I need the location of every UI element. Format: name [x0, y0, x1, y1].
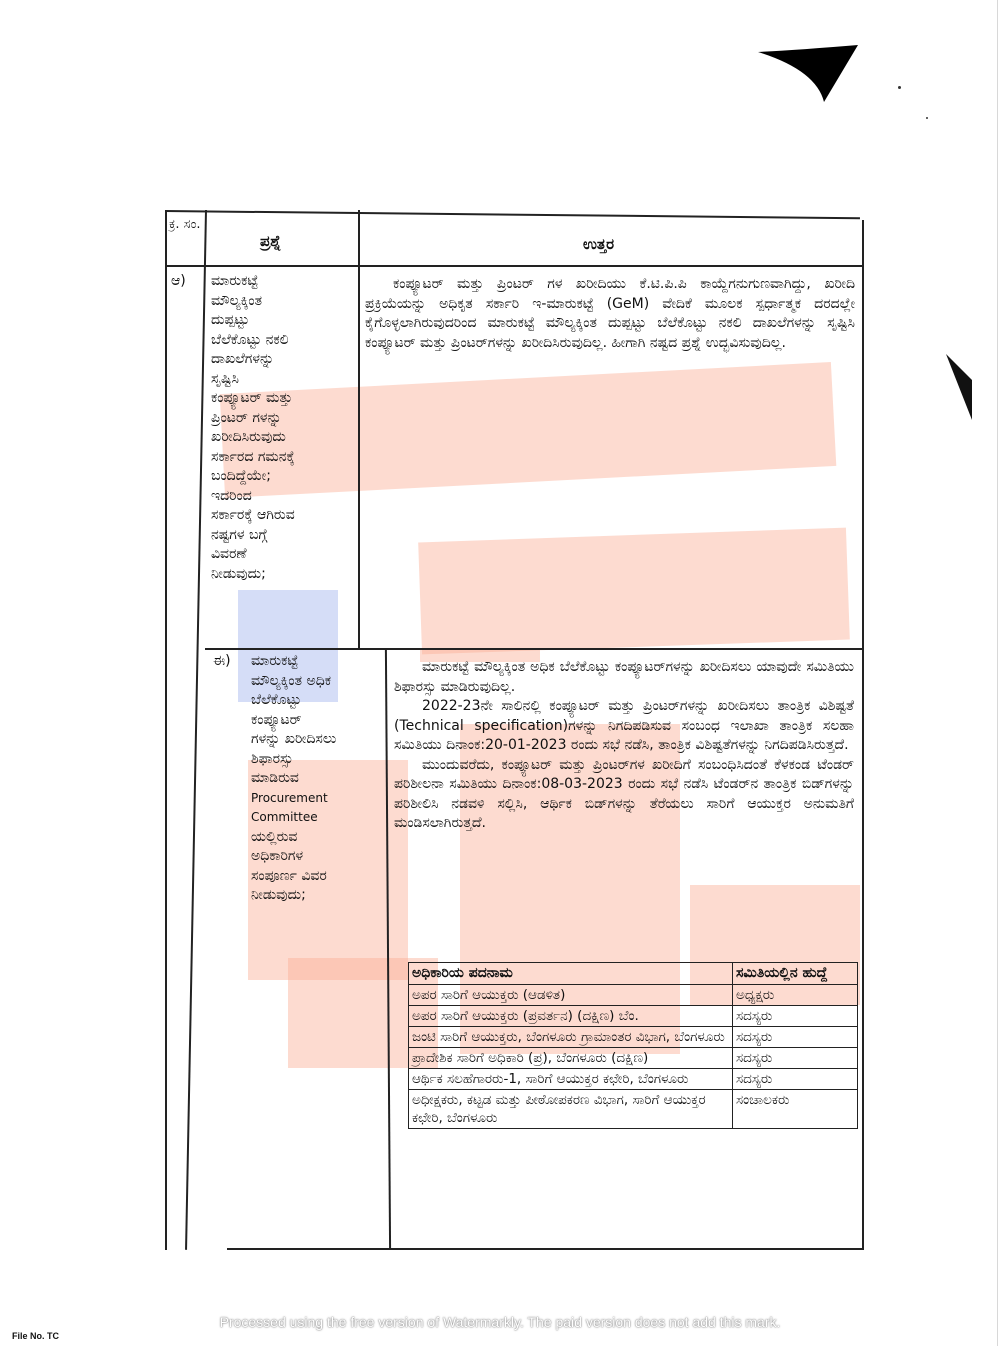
table-border	[862, 220, 864, 1250]
question-line: ಮಾರುಕಟ್ಟೆ	[251, 652, 391, 672]
question-line: ನೀಡುವುದು;	[211, 565, 356, 585]
row-serial: ಆ)	[171, 272, 186, 292]
question-line: ಬೆಲೆಕೊಟ್ಟು	[251, 691, 391, 711]
question-line: Committee	[251, 808, 391, 828]
question-cell: ಮಾರುಕಟ್ಟೆಮೌಲ್ಯಕ್ಕಿಂತದುಪ್ಪಟ್ಟುಬೆಲೆಕೊಟ್ಟು …	[211, 272, 356, 584]
answer-column-header: ಉತ್ತರ	[583, 235, 614, 255]
question-line: ಮಾರುಕಟ್ಟೆ	[211, 272, 356, 292]
officer-designation: ಅಧೀಕ್ಷಕರು, ಕಟ್ಟಡ ಮತ್ತು ಪೀಠೋಪಕರಣ ವಿಭಾಗ, ಸ…	[409, 1090, 733, 1129]
scan-dust	[898, 86, 901, 89]
question-line: ಸರ್ಕಾರದ ಗಮನಕ್ಕೆ	[211, 448, 356, 468]
answer-paragraph: ಮುಂದುವರೆದು, ಕಂಪ್ಯೂಟರ್ ಮತ್ತು ಪ್ರಿಂಟರ್‌ಗಳ …	[394, 756, 854, 834]
table-border	[185, 210, 206, 1250]
question-line: ಖರೀದಿಸಿರುವುದು	[211, 428, 356, 448]
committee-role: ಅಧ್ಯಕ್ಷರು	[733, 985, 858, 1006]
officer-designation: ಪ್ರಾದೇಶಿಕ ಸಾರಿಗೆ ಅಧಿಕಾರಿ (ಪ್ರ), ಬೆಂಗಳೂರು…	[409, 1048, 733, 1069]
question-line: ದುಪ್ಪಟ್ಟು	[211, 311, 356, 331]
question-line: ನಷ್ಟಗಳ ಬಗ್ಗೆ	[211, 526, 356, 546]
committee-header-designation: ಅಧಿಕಾರಿಯ ಪದನಾಮ	[409, 963, 733, 985]
question-line: ಬಂದಿದ್ದೆಯೇ;	[211, 467, 356, 487]
question-line: ಸರ್ಕಾರಕ್ಕೆ ಆಗಿರುವ	[211, 506, 356, 526]
table-border	[165, 210, 167, 1250]
committee-role: ಸದಸ್ಯರು	[733, 1069, 858, 1090]
question-line: ಕಂಪ್ಯೂಟರ್ ಮತ್ತು	[211, 389, 356, 409]
officer-designation: ಜಂಟಿ ಸಾರಿಗೆ ಆಯುಕ್ತರು, ಬೆಂಗಳೂರು ಗ್ರಾಮಾಂತರ…	[409, 1027, 733, 1048]
scan-edge	[997, 0, 998, 1346]
question-line: ಮೌಲ್ಯಕ್ಕಿಂತ	[211, 292, 356, 312]
officer-designation: ಅಪರ ಸಾರಿಗೆ ಆಯುಕ್ತರು (ಆಡಳಿತ)	[409, 985, 733, 1006]
committee-header-role: ಸಮಿತಿಯಲ್ಲಿನ ಹುದ್ದೆ	[733, 963, 858, 985]
row-serial: ಈ)	[213, 652, 231, 672]
question-line: ದಾಖಲೆಗಳನ್ನು	[211, 350, 356, 370]
answer-paragraph: ಮಾರುಕಟ್ಟೆ ಮೌಲ್ಯಕ್ಕಿಂತ ಅಧಿಕ ಬೆಲೆಕೊಟ್ಟು ಕಂ…	[394, 658, 854, 697]
committee-role: ಸಂಚಾಲಕರು	[733, 1090, 858, 1129]
table-border	[205, 648, 862, 650]
answer-cell: ಮಾರುಕಟ್ಟೆ ಮೌಲ್ಯಕ್ಕಿಂತ ಅಧಿಕ ಬೆಲೆಕೊಟ್ಟು ಕಂ…	[394, 658, 854, 834]
committee-row: ಅಧೀಕ್ಷಕರು, ಕಟ್ಟಡ ಮತ್ತು ಪೀಠೋಪಕರಣ ವಿಭಾಗ, ಸ…	[409, 1090, 858, 1129]
table-border	[227, 1248, 864, 1250]
committee-row: ಅಪರ ಸಾರಿಗೆ ಆಯುಕ್ತರು (ಪ್ರವರ್ತನ) (ದಕ್ಷಿಣ) …	[409, 1006, 858, 1027]
question-line: ಶಿಫಾರಸ್ಸು	[251, 750, 391, 770]
committee-row: ಆರ್ಥಿಕ ಸಲಹೆಗಾರರು-1, ಸಾರಿಗೆ ಆಯುಕ್ತರ ಕಛೇರಿ…	[409, 1069, 858, 1090]
table-border	[165, 265, 862, 267]
question-line: ವಿವರಣೆ	[211, 545, 356, 565]
committee-table: ಅಧಿಕಾರಿಯ ಪದನಾಮ ಸಮಿತಿಯಲ್ಲಿನ ಹುದ್ದೆ ಅಪರ ಸಾ…	[408, 962, 858, 1129]
question-line: ಸೃಷ್ಟಿಸಿ	[211, 370, 356, 390]
question-line: ಕಂಪ್ಯೂಟರ್	[251, 711, 391, 731]
answer-paragraph: 2022-23ನೇ ಸಾಲಿನಲ್ಲಿ ಕಂಪ್ಯೂಟರ್ ಮತ್ತು ಪ್ರಿ…	[394, 697, 854, 756]
question-line: ಸಂಪೂರ್ಣ ವಿವರ	[251, 867, 391, 887]
question-line: ಮೌಲ್ಯಕ್ಕಿಂತ ಅಧಿಕ	[251, 672, 391, 692]
serial-column-header: ಕ್ರ. ಸಂ.	[169, 216, 200, 234]
answer-document: ಕ್ರ. ಸಂ. ಪ್ರಶ್ನೆ ಉತ್ತರ ಆ) ಮಾರುಕಟ್ಟೆಮೌಲ್ಯ…	[165, 210, 865, 1250]
committee-row: ಜಂಟಿ ಸಾರಿಗೆ ಆಯುಕ್ತರು, ಬೆಂಗಳೂರು ಗ್ರಾಮಾಂತರ…	[409, 1027, 858, 1048]
watermark-notice: Processed using the free version of Wate…	[0, 1314, 1000, 1330]
question-line: ಮಾಡಿರುವ	[251, 769, 391, 789]
answer-cell: ಕಂಪ್ಯೂಟರ್ ಮತ್ತು ಪ್ರಿಂಟರ್ ಗಳ ಖರೀದಿಯು ಕೆ.ಟ…	[365, 275, 855, 353]
question-line: ಇದರಿಂದ	[211, 487, 356, 507]
officer-designation: ಆರ್ಥಿಕ ಸಲಹೆಗಾರರು-1, ಸಾರಿಗೆ ಆಯುಕ್ತರ ಕಛೇರಿ…	[409, 1069, 733, 1090]
committee-row: ಪ್ರಾದೇಶಿಕ ಸಾರಿಗೆ ಅಧಿಕಾರಿ (ಪ್ರ), ಬೆಂಗಳೂರು…	[409, 1048, 858, 1069]
officer-designation: ಅಪರ ಸಾರಿಗೆ ಆಯುಕ್ತರು (ಪ್ರವರ್ತನ) (ದಕ್ಷಿಣ) …	[409, 1006, 733, 1027]
scan-side-mark	[944, 352, 974, 422]
question-line: ಪ್ರಿಂಟರ್ ಗಳನ್ನು	[211, 409, 356, 429]
committee-role: ಸದಸ್ಯರು	[733, 1048, 858, 1069]
question-line: ಯಲ್ಲಿರುವ	[251, 828, 391, 848]
scan-dust	[926, 117, 928, 119]
question-column-header: ಪ್ರಶ್ನೆ	[260, 232, 281, 252]
question-line: ಅಧಿಕಾರಿಗಳ	[251, 847, 391, 867]
question-line: Procurement	[251, 789, 391, 809]
question-line: ಬೆಲೆಕೊಟ್ಟು ನಕಲಿ	[211, 331, 356, 351]
answer-paragraph: ಕಂಪ್ಯೂಟರ್ ಮತ್ತು ಪ್ರಿಂಟರ್ ಗಳ ಖರೀದಿಯು ಕೆ.ಟ…	[365, 275, 855, 353]
question-line: ನೀಡುವುದು;	[251, 886, 391, 906]
table-border	[165, 210, 860, 219]
question-cell: ಮಾರುಕಟ್ಟೆಮೌಲ್ಯಕ್ಕಿಂತ ಅಧಿಕಬೆಲೆಕೊಟ್ಟುಕಂಪ್ಯ…	[251, 652, 391, 906]
file-number: File No. TC	[12, 1331, 59, 1341]
scan-corner-mark	[758, 40, 866, 104]
committee-role: ಸದಸ್ಯರು	[733, 1006, 858, 1027]
table-border	[358, 210, 360, 650]
question-line: ಗಳನ್ನು ಖರೀದಿಸಲು	[251, 730, 391, 750]
committee-row: ಅಪರ ಸಾರಿಗೆ ಆಯುಕ್ತರು (ಆಡಳಿತ)ಅಧ್ಯಕ್ಷರು	[409, 985, 858, 1006]
committee-role: ಸದಸ್ಯರು	[733, 1027, 858, 1048]
